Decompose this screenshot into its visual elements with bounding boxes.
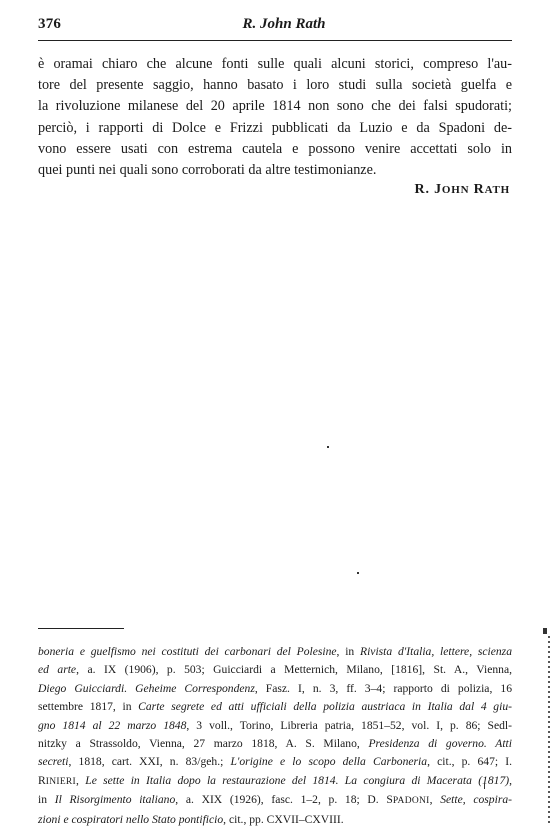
signature-first-name: JOHN (434, 182, 469, 197)
footnote-rule (38, 628, 124, 629)
footnote-run: , Fasz. I, n. 3, ff. 3–4; rapporto di po… (255, 682, 512, 695)
footnote-run: Presidenza di governo. Atti (368, 737, 512, 750)
body-line: vono essere usati con estrema cautela e … (38, 139, 512, 160)
footnote-run: secreti (38, 755, 68, 768)
footnote-run: gno 1814 al 22 marzo 1848 (38, 719, 186, 732)
running-head: 376 R. John Rath (38, 16, 512, 38)
footnote-run: in (38, 793, 55, 806)
author-signature: R. JOHN RATH (415, 182, 510, 198)
footnote-run: boneria e guelfismo nei costituti dei ca… (38, 645, 337, 658)
footnote-line: nitzky a Strassoldo, Vienna, 27 marzo 18… (38, 735, 512, 753)
footnote-run: , a. IX (1906), p. 503; Guicciardi a Met… (76, 663, 512, 676)
footnote-run: , cit., p. 647; I. (427, 755, 512, 768)
footnote-run: , (76, 774, 85, 787)
footnote-run: , a. XIX (1926), fasc. 1–2, p. 18; D. S (175, 793, 393, 806)
body-line: la rivoluzione milanese del 20 aprile 18… (38, 96, 512, 117)
footnote-run: Diego Guicciardi. Geheime Correspondenz (38, 682, 255, 695)
footnote-line: Diego Guicciardi. Geheime Correspondenz,… (38, 680, 512, 698)
scan-speck (357, 572, 359, 574)
footnote-run: , 3 voll., Torino, Libreria patria, 1851… (186, 719, 512, 732)
footnote-run: settembre 1817, in (38, 700, 138, 713)
running-title: R. John Rath (38, 16, 512, 33)
footnote-run: zioni e cospiratori nello Stato pontific… (38, 813, 223, 826)
footnote-line: RINIERI, Le sette in Italia dopo la rest… (38, 772, 512, 791)
footnote-line: boneria e guelfismo nei costituti dei ca… (38, 643, 512, 661)
scan-speck (543, 628, 547, 634)
footnote-run: , (509, 774, 512, 787)
footnotes: boneria e guelfismo nei costituti dei ca… (38, 643, 512, 829)
scan-speck (327, 446, 329, 448)
footnote-run: Il Risorgimento italiano (55, 793, 176, 806)
footnote-run: Rivista d'Italia, lettere, scienza (360, 645, 512, 658)
footnote-run: ed arte (38, 663, 76, 676)
footnote-line: in Il Risorgimento italiano, a. XIX (192… (38, 791, 512, 810)
footnote-run: , cit., pp. CXVII–CXVIII. (223, 813, 343, 826)
footnote-run: , 1818, cart. XXI, n. 83/geh.; (68, 755, 230, 768)
footnote-run: R (38, 774, 46, 787)
footnote-line: ed arte, a. IX (1906), p. 503; Guicciard… (38, 661, 512, 679)
footnote-line: gno 1814 al 22 marzo 1848, 3 voll., Tori… (38, 717, 512, 735)
document-page: 376 R. John Rath è oramai chiaro che alc… (0, 0, 550, 829)
signature-last-name: RATH (474, 182, 510, 197)
footnote-line: settembre 1817, in Carte segrete ed atti… (38, 698, 512, 716)
footnote-run: Sette, cospira- (440, 793, 512, 806)
body-line: quei punti nei quali sono corroborati da… (38, 160, 512, 181)
footnote-run: , in (337, 645, 360, 658)
footnote-line: secreti, 1818, cart. XXI, n. 83/geh.; L'… (38, 753, 512, 771)
footnote-run: nitzky a Strassoldo, Vienna, 27 marzo 18… (38, 737, 368, 750)
footnote-run: , (430, 793, 441, 806)
header-rule (38, 40, 512, 41)
footnote-run: L'origine e lo scopo della Carboneria (230, 755, 427, 768)
scan-speck (484, 783, 485, 789)
body-paragraph: è oramai chiaro che alcune fonti sulle q… (38, 54, 512, 181)
body-line: è oramai chiaro che alcune fonti sulle q… (38, 54, 512, 75)
footnote-run: Carte segrete ed atti ufficiali della po… (138, 700, 512, 713)
footnote-run: Le sette in Italia dopo la restaurazione… (85, 774, 509, 787)
footnote-run: INIERI (46, 777, 76, 787)
body-line: tore del presente saggio, hanno basato i… (38, 75, 512, 96)
footnote-run: PADONI (393, 796, 430, 806)
signature-initial: R. (415, 182, 430, 197)
body-line: perciò, i rapporti di Dolce e Frizzi pub… (38, 118, 512, 139)
footnote-line: zioni e cospiratori nello Stato pontific… (38, 811, 512, 829)
